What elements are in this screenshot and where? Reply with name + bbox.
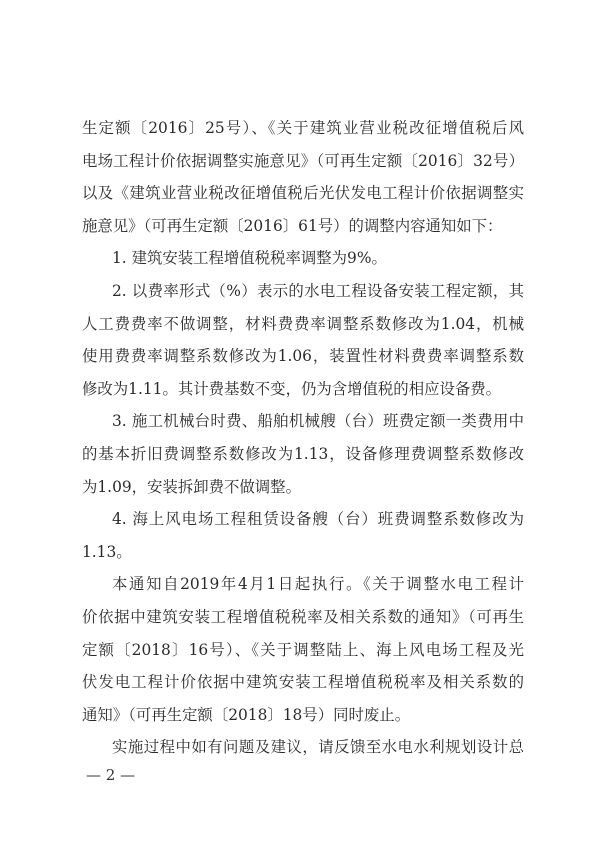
body-text: 生定额〔2016〕25号）、《关于建筑业营业税改征增值税后风 电场工程计价依据调… bbox=[82, 112, 524, 764]
text-line: 定额〔2018〕16号）、《关于调整陆上、海上风电场工程及光 bbox=[82, 634, 524, 667]
list-item-1: 1. 建筑安装工程增值税税率调整为9%。 bbox=[82, 242, 524, 275]
text-line: 生定额〔2016〕25号）、《关于建筑业营业税改征增值税后风 bbox=[82, 112, 524, 145]
text-line: 使用费费率调整系数修改为1.06，装置性材料费费率调整系数 bbox=[82, 340, 524, 373]
text-line: 电场工程计价依据调整实施意见》（可再生定额〔2016〕32号） bbox=[82, 145, 524, 178]
text-line: 价依据中建筑安装工程增值税税率及相关系数的通知》（可再生 bbox=[82, 601, 524, 634]
page-number: — 2 — bbox=[86, 766, 135, 784]
list-item-4: 4. 海上风电场工程租赁设备艘（台）班费调整系数修改为 bbox=[82, 503, 524, 536]
feedback-paragraph: 实施过程中如有问题及建议，请反馈至水电水利规划设计总 bbox=[82, 731, 524, 764]
text-line: 伏发电工程计价依据中建筑安装工程增值税税率及相关系数的 bbox=[82, 666, 524, 699]
text-line: 以及《建筑业营业税改征增值税后光伏发电工程计价依据调整实 bbox=[82, 177, 524, 210]
list-item-3: 3. 施工机械台时费、船舶机械艘（台）班费定额一类费用中 bbox=[82, 405, 524, 438]
text-line: 施意见》（可再生定额〔2016〕61号）的调整内容通知如下： bbox=[82, 210, 524, 243]
effective-date-paragraph: 本通知自2019年4月1日起执行。《关于调整水电工程计 bbox=[82, 568, 524, 601]
text-line: 人工费费率不做调整，材料费费率调整系数修改为1.04，机械 bbox=[82, 308, 524, 341]
list-item-2: 2. 以费率形式（%）表示的水电工程设备安装工程定额，其 bbox=[82, 275, 524, 308]
text-line: 通知》（可再生定额〔2018〕18号）同时废止。 bbox=[82, 699, 524, 732]
text-line: 的基本折旧费调整系数修改为1.13，设备修理费调整系数修改 bbox=[82, 438, 524, 471]
text-line: 1.13。 bbox=[82, 536, 524, 569]
text-line: 为1.09，安装拆卸费不做调整。 bbox=[82, 471, 524, 504]
text-line: 修改为1.11。其计费基数不变，仍为含增值税的相应设备费。 bbox=[82, 373, 524, 406]
document-page: 生定额〔2016〕25号）、《关于建筑业营业税改征增值税后风 电场工程计价依据调… bbox=[0, 0, 600, 848]
